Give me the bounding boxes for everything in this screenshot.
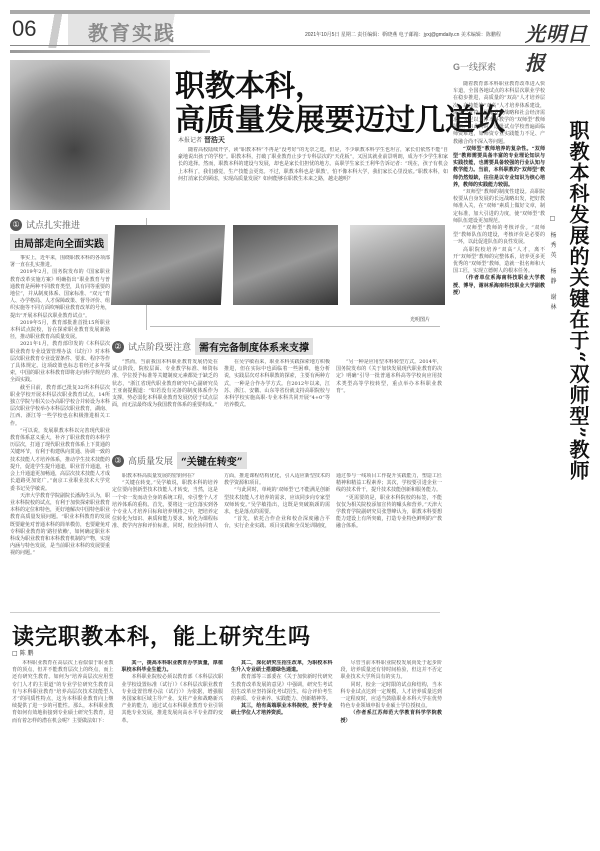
section-3: ③ 高质量发展 “关键在转变” 职教本科高质量发展的密钥何在？ “关键在转变。”…: [112, 452, 442, 595]
sidebar-body: 随着教育部本科职业教育改革进入快车道，全国各地试点的本科层次职业学校在稳步推进，…: [453, 81, 545, 851]
section-number-icon: ②: [112, 341, 124, 353]
sub-rule: [10, 50, 210, 53]
section-3-subtitle: “关键在转变”: [177, 452, 247, 469]
section-number-icon: ③: [112, 455, 124, 467]
bottom-divider: [10, 612, 440, 613]
bottom-body: 本科职业教育在高层次上看似似于职业教育的顶点，但并不能教育层次上的终点，而上还有…: [12, 660, 442, 845]
hero-photo-students: [10, 60, 170, 210]
photo-strip: [105, 225, 445, 315]
photo-caption: 光明图片: [410, 316, 430, 323]
section-3-label: 高质量发展: [128, 454, 173, 467]
section-title: 教育实践: [88, 17, 176, 46]
section-2-body: “然而，当前我国本科职业教育发展仍处在试点阶段，院校层面、专业教学标准、师资标准…: [112, 359, 442, 431]
sidebar-title: 职教本科发展的关键在于“双师型”教师: [565, 120, 589, 481]
page-number: 06: [12, 16, 36, 42]
photo-rule: [150, 326, 440, 327]
section-3-head: ③ 高质量发展 “关键在转变”: [112, 452, 442, 469]
sidebar-authors: □ 杨秀英 杨静 谢林: [548, 215, 557, 314]
section-1: ① 试点扎实推进 由局部走向全面实践 事实上，近年来，围绕职教本科的各项部署一直…: [10, 218, 110, 607]
g-logo-icon: G: [453, 62, 460, 72]
photo-aircraft-mechanics: [233, 225, 338, 305]
section-2-label: 试点阶段要注意: [128, 340, 191, 353]
section-1-subtitle: 由局部走向全面实践: [10, 234, 108, 251]
section-number-icon: ①: [10, 219, 22, 231]
sidebar-tag: G一线探索: [453, 60, 593, 73]
bottom-byline: □ 陈 鹏: [12, 648, 33, 657]
byline-name: 晋浩天: [204, 135, 225, 144]
lead-lede: 随着高校陆续开学，读“职教本科”不再是“没考好”的无奈之选。但是，不少职教本科学…: [178, 147, 448, 185]
header-meta: 2021年10月5日 星期二 责任编辑：靳晓燕 电子邮箱：jyxj@gmdail…: [305, 31, 501, 38]
photo-electronics-student: [111, 225, 225, 305]
section-2-subtitle: 需有完备制度体系来支撑: [195, 338, 313, 355]
header-divider: [10, 45, 590, 46]
lead-byline: 本报记者 晋浩天: [178, 135, 225, 145]
section-1-head: ① 试点扎实推进: [10, 218, 110, 231]
photo-aircraft-hangar: [350, 225, 445, 305]
section-2-head: ② 试点阶段要注意 需有完备制度体系来支撑: [112, 338, 442, 355]
section-1-label: 试点扎实推进: [26, 218, 80, 231]
decorative-slash: [44, 14, 64, 48]
section-3-body: 职教本科高质量发展的密钥何在？ “关键在转变。”吴学敏说，职教本科的培养定位要向…: [112, 473, 442, 595]
section-1-body: 事实上，近年来，围绕职教本科的各项部署一直在扎实推进。 2019年2月，国务院发…: [10, 255, 110, 607]
section-2: ② 试点阶段要注意 需有完备制度体系来支撑 “然而，当前我国本科职业教育发展仍处…: [112, 338, 442, 431]
byline-label: 本报记者: [178, 137, 202, 144]
bottom-title: 读完职教本科，能上研究生吗: [12, 620, 311, 651]
